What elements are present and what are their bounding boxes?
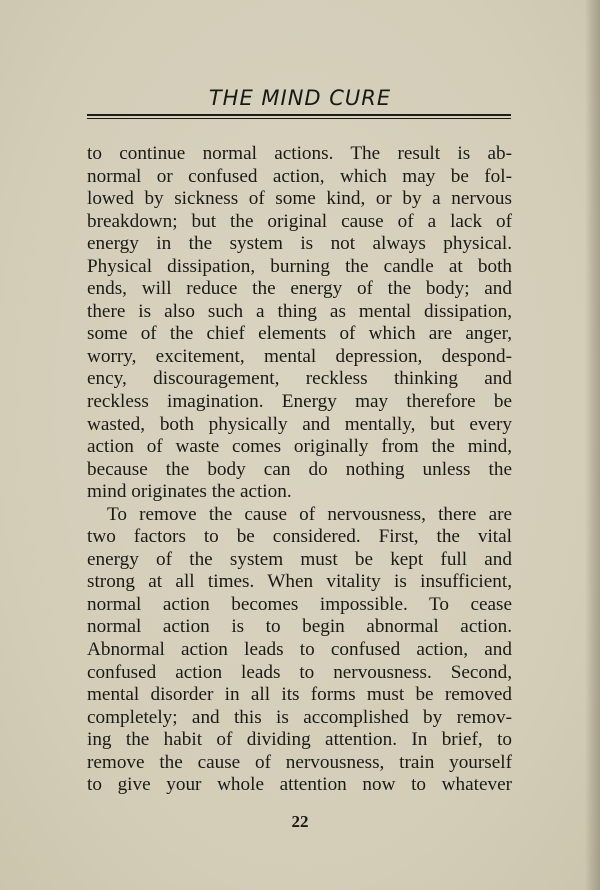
text-line: completely; and this is accomplished by …: [87, 707, 512, 730]
running-title: THE MIND CURE: [0, 86, 600, 110]
text-line: Abnormal action leads to confused action…: [87, 639, 512, 662]
text-line: wasted, both physically and mentally, bu…: [87, 414, 512, 437]
text-line: normal action is to begin abnormal actio…: [87, 616, 512, 639]
text-line: reckless imagination. Energy may therefo…: [87, 391, 512, 414]
paragraph-end-line: mind originates the action.: [87, 481, 512, 504]
text-line: two factors to be considered. First, the…: [87, 526, 512, 549]
book-page: THE MIND CURE to continue normal actions…: [0, 0, 600, 890]
text-line: ing the habit of dividing attention. In …: [87, 729, 512, 752]
header-double-rule: [87, 114, 511, 119]
text-line: because the body can do nothing unless t…: [87, 459, 512, 482]
text-line: worry, excitement, mental depression, de…: [87, 346, 512, 369]
text-line: there is also such a thing as mental dis…: [87, 301, 512, 324]
text-line: mental disorder in all its forms must be…: [87, 684, 512, 707]
text-line: confused action leads to nervousness. Se…: [87, 662, 512, 685]
text-line: breakdown; but the original cause of a l…: [87, 211, 512, 234]
text-line: strong at all times. When vitality is in…: [87, 571, 512, 594]
text-line: lowed by sickness of some kind, or by a …: [87, 188, 512, 211]
text-line: normal action becomes impossible. To cea…: [87, 594, 512, 617]
page-number: 22: [0, 812, 600, 832]
text-line: action of waste comes originally from th…: [87, 436, 512, 459]
text-line: ends, will reduce the energy of the body…: [87, 278, 512, 301]
text-line: energy of the system must be kept full a…: [87, 549, 512, 572]
text-line: to continue normal actions. The result i…: [87, 143, 512, 166]
text-line: normal or confused action, which may be …: [87, 166, 512, 189]
text-line: to give your whole attention now to what…: [87, 774, 512, 797]
paragraph-start-line: To remove the cause of nervousness, ther…: [87, 504, 512, 527]
body-text: to continue normal actions. The result i…: [87, 143, 512, 797]
text-line: energy in the system is not always physi…: [87, 233, 512, 256]
text-line: some of the chief elements of which are …: [87, 323, 512, 346]
text-line: Physical dissipation, burning the candle…: [87, 256, 512, 279]
text-line: remove the cause of nervousness, train y…: [87, 752, 512, 775]
text-line: ency, discouragement, reckless thinking …: [87, 368, 512, 391]
